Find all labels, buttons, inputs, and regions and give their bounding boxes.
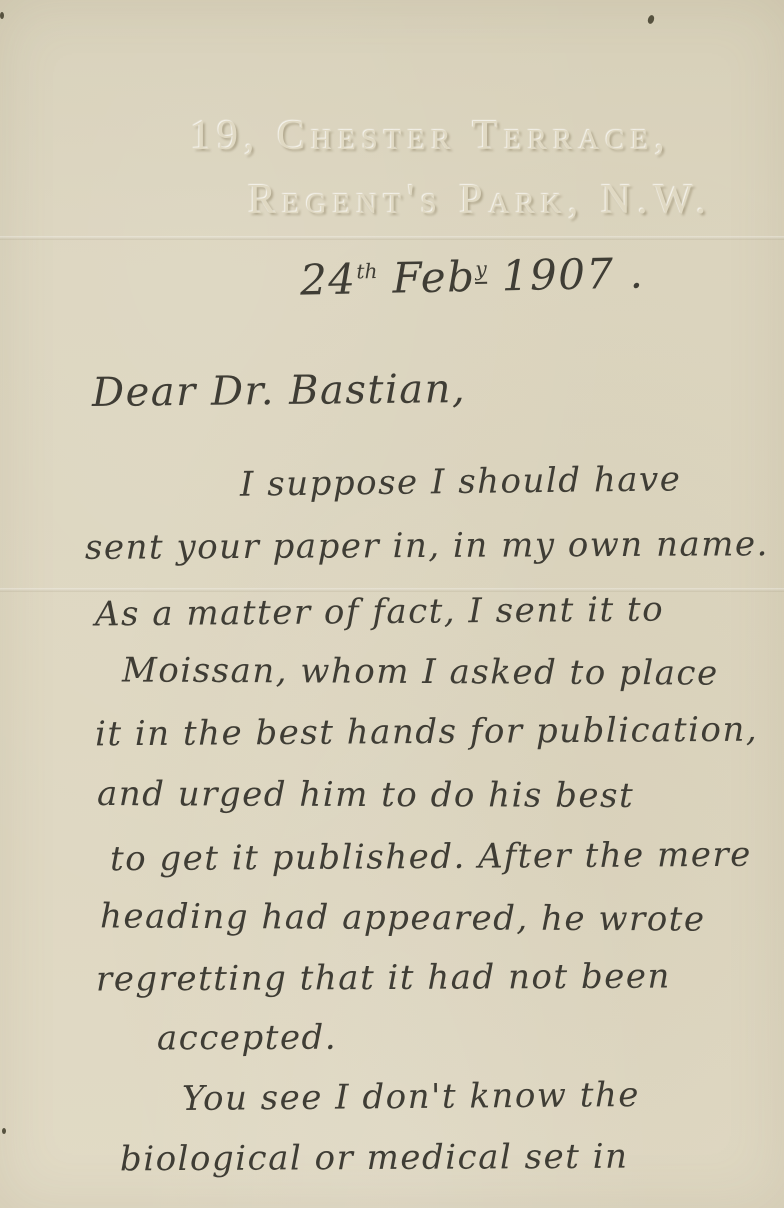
body-line: heading had appeared, he wrote: [100, 896, 706, 939]
body-line: sent your paper in, in my own name.: [85, 524, 769, 568]
paper-fold-crease: [0, 236, 784, 240]
date-month: Feb: [377, 252, 476, 303]
date-day-suffix: th: [356, 259, 378, 283]
letterhead-address-line2: Regent's Park, N.W.: [248, 176, 712, 224]
date-month-suffix: y: [475, 257, 487, 284]
letter-page: 19, Chester Terrace, Regent's Park, N.W.…: [0, 0, 784, 1208]
body-line: As a matter of fact, I sent it to: [95, 590, 664, 635]
body-line: regretting that it had not been: [96, 956, 671, 999]
body-line: accepted.: [157, 1018, 337, 1059]
body-line: to get it published. After the mere: [110, 835, 752, 879]
date-line: 24th Feby 1907 .: [300, 248, 645, 304]
body-line: I suppose I should have: [240, 459, 682, 504]
letterhead-address-line1: 19, Chester Terrace,: [190, 112, 671, 160]
body-line: Moissan, whom I asked to place: [122, 650, 719, 693]
salutation: Dear Dr. Bastian,: [92, 366, 467, 416]
date-year: 1907: [486, 249, 615, 301]
body-line: biological or medical set in: [120, 1137, 629, 1180]
body-line: it in the best hands for publication,: [95, 710, 758, 755]
paper-speck: [0, 12, 4, 19]
date-period: .: [614, 248, 645, 298]
body-line: You see I don't know the: [182, 1075, 640, 1119]
body-line: and urged him to do his best: [97, 774, 634, 816]
date-day: 24: [300, 254, 357, 304]
paper-speck: [647, 14, 655, 24]
paper-speck: [2, 1128, 6, 1134]
